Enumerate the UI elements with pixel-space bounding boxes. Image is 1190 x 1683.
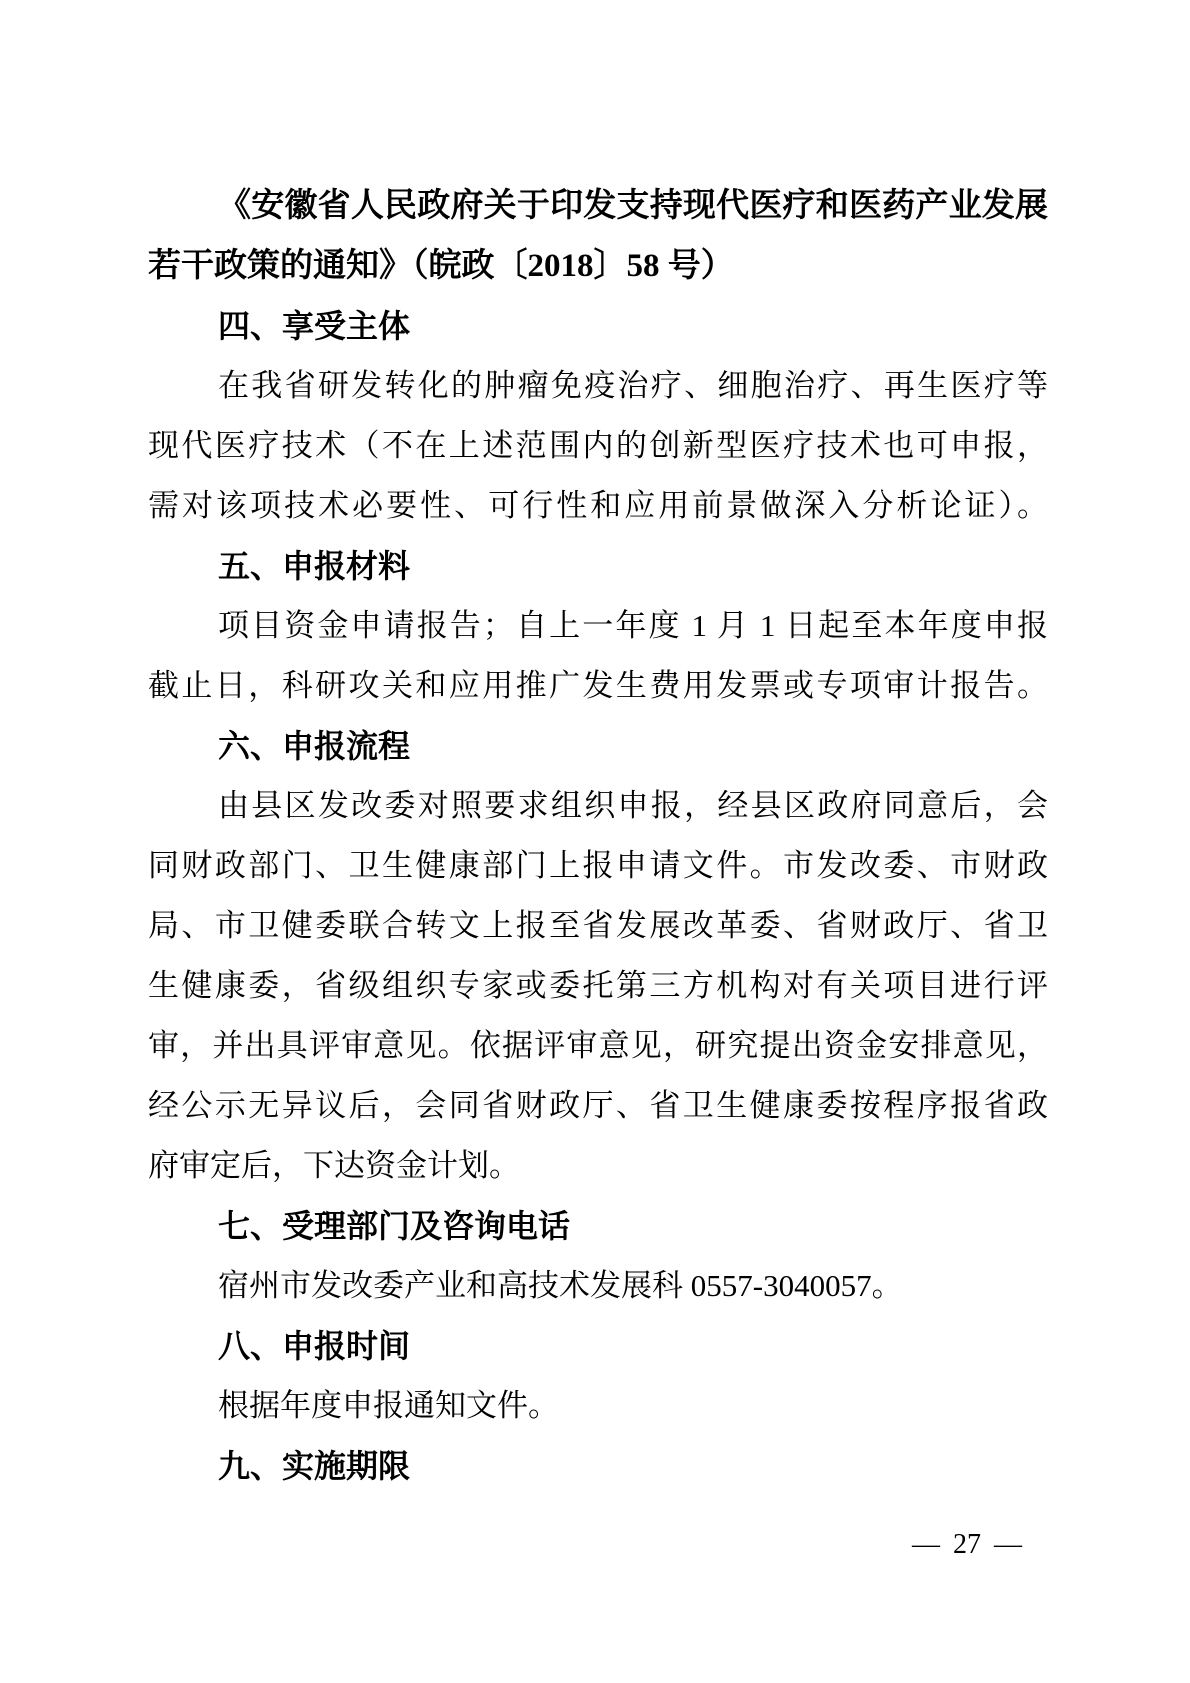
body-line: 在我省研发转化的肿瘤免疫治疗、细胞治疗、再生医疗等 [148,356,1048,416]
body-line: 审，并出具评审意见。依据评审意见，研究提出资金安排意见， [148,1016,1048,1076]
document-page: 《安徽省人民政府关于印发支持现代医疗和医药产业发展若干政策的通知》（皖政〔201… [0,0,1190,1683]
section-heading: 六、申报流程 [148,716,1048,776]
section-heading: 九、实施期限 [148,1436,1048,1496]
body-line: 需对该项技术必要性、可行性和应用前景做深入分析论证）。 [148,476,1048,536]
body-line: 生健康委，省级组织专家或委托第三方机构对有关项目进行评 [148,956,1048,1016]
body-line: 局、市卫健委联合转文上报至省发展改革委、省财政厅、省卫 [148,896,1048,956]
body-line: 经公示无异议后，会同省财政厅、省卫生健康委按程序报省政 [148,1076,1048,1136]
section-heading: 五、申报材料 [148,536,1048,596]
section-heading: 八、申报时间 [148,1316,1048,1376]
title-line: 若干政策的通知》（皖政〔2018〕58 号） [148,236,1048,296]
title-line: 《安徽省人民政府关于印发支持现代医疗和医药产业发展 [148,176,1048,236]
body-line: 同财政部门、卫生健康部门上报申请文件。市发改委、市财政 [148,836,1048,896]
body-line: 项目资金申请报告；自上一年度 1 月 1 日起至本年度申报 [148,596,1048,656]
section-heading: 四、享受主体 [148,296,1048,356]
body-line: 由县区发改委对照要求组织申报，经县区政府同意后，会 [148,776,1048,836]
body-line: 根据年度申报通知文件。 [148,1376,1048,1436]
document-body: 《安徽省人民政府关于印发支持现代医疗和医药产业发展若干政策的通知》（皖政〔201… [148,176,1048,1496]
body-line: 现代医疗技术（不在上述范围内的创新型医疗技术也可申报， [148,416,1048,476]
page-footer: — 27 — [912,1528,1022,1562]
footer-right-dash: — [994,1528,1022,1562]
body-line: 截止日，科研攻关和应用推广发生费用发票或专项审计报告。 [148,656,1048,716]
page-number: 27 [953,1528,981,1562]
section-heading: 七、受理部门及咨询电话 [148,1196,1048,1256]
footer-left-dash: — [912,1528,940,1562]
body-line: 宿州市发改委产业和高技术发展科 0557-3040057。 [148,1256,1048,1316]
body-line: 府审定后，下达资金计划。 [148,1136,1048,1196]
